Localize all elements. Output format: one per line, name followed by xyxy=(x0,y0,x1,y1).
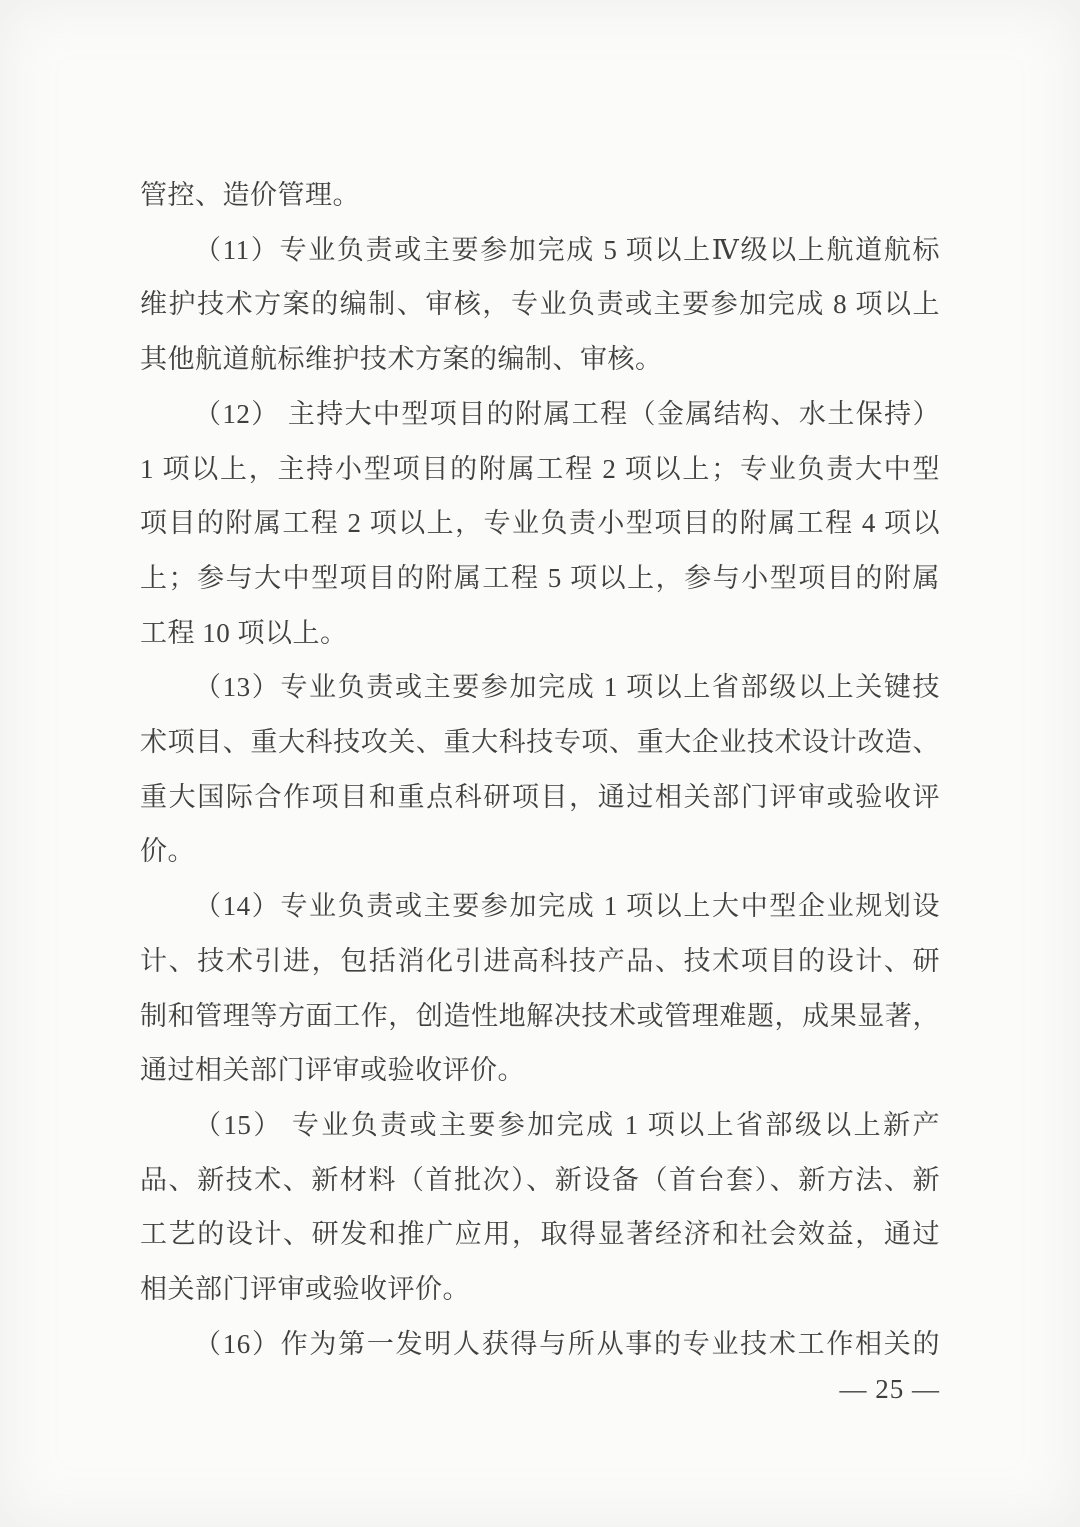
text-line: 通过相关部门评审或验收评价。 xyxy=(140,1043,940,1098)
text-line: 品、新技术、新材料（首批次）、新设备（首台套）、新方法、新 xyxy=(140,1153,940,1208)
text-line: 术项目、重大科技攻关、重大科技专项、重大企业技术设计改造、 xyxy=(140,715,940,770)
text-line: 项目的附属工程 2 项以上，专业负责小型项目的附属工程 4 项以 xyxy=(140,496,940,551)
text-line: 工程 10 项以上。 xyxy=(140,606,940,661)
text-line: 相关部门评审或验收评价。 xyxy=(140,1262,940,1317)
text-line: 1 项以上，主持小型项目的附属工程 2 项以上；专业负责大中型 xyxy=(140,442,940,497)
text-line: 重大国际合作项目和重点科研项目，通过相关部门评审或验收评 xyxy=(140,770,940,825)
text-line: （12） 主持大中型项目的附属工程（金属结构、水土保持） xyxy=(140,387,940,442)
text-line: 其他航道航标维护技术方案的编制、审核。 xyxy=(140,332,940,387)
text-line: 上；参与大中型项目的附属工程 5 项以上，参与小型项目的附属 xyxy=(140,551,940,606)
text-line: （15） 专业负责或主要参加完成 1 项以上省部级以上新产 xyxy=(140,1098,940,1153)
text-line: 制和管理等方面工作，创造性地解决技术或管理难题，成果显著， xyxy=(140,989,940,1044)
document-body: 管控、造价管理。（11）专业负责或主要参加完成 5 项以上Ⅳ级以上航道航标维护技… xyxy=(140,168,940,1371)
document-page: 管控、造价管理。（11）专业负责或主要参加完成 5 项以上Ⅳ级以上航道航标维护技… xyxy=(0,0,1080,1527)
text-line: （11）专业负责或主要参加完成 5 项以上Ⅳ级以上航道航标 xyxy=(140,223,940,278)
text-line: 维护技术方案的编制、审核，专业负责或主要参加完成 8 项以上 xyxy=(140,277,940,332)
text-line: （14）专业负责或主要参加完成 1 项以上大中型企业规划设 xyxy=(140,879,940,934)
text-line: 价。 xyxy=(140,824,940,879)
page-number: — 25 — xyxy=(140,1374,940,1405)
text-line: 计、技术引进，包括消化引进高科技产品、技术项目的设计、研 xyxy=(140,934,940,989)
text-line: （16）作为第一发明人获得与所从事的专业技术工作相关的 xyxy=(140,1317,940,1372)
text-line: （13）专业负责或主要参加完成 1 项以上省部级以上关键技 xyxy=(140,660,940,715)
text-line: 工艺的设计、研发和推广应用，取得显著经济和社会效益，通过 xyxy=(140,1207,940,1262)
text-line: 管控、造价管理。 xyxy=(140,168,940,223)
